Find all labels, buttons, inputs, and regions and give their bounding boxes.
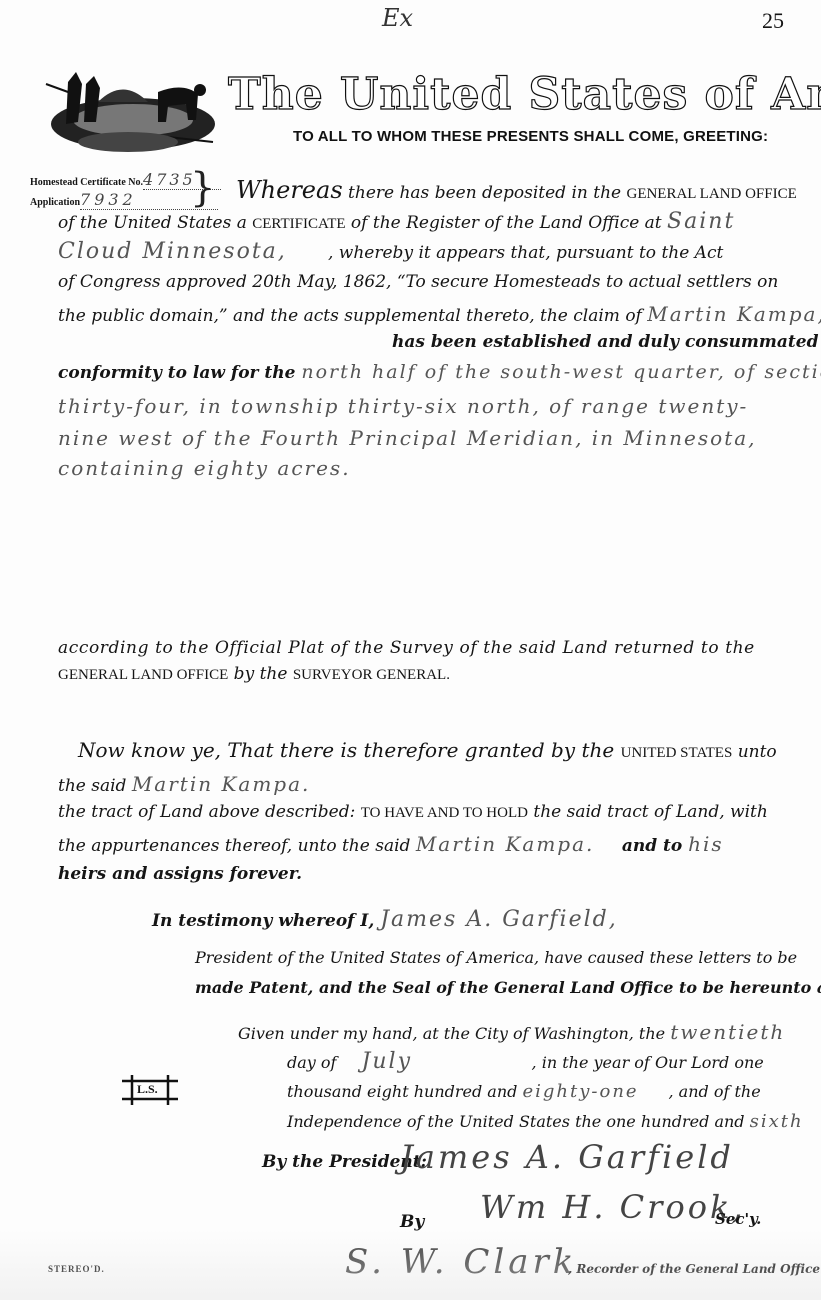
seal-placeholder: L.S. [122, 1075, 178, 1105]
body-line-2: of the United States a CERTIFICATE of th… [58, 210, 778, 236]
given-line-4: Independence of the United States the on… [287, 1110, 777, 1134]
given-line-1: Given under my hand, at the City of Wash… [238, 1020, 778, 1046]
secretary-title: Sec'y. [715, 1210, 761, 1228]
testimony-line-1: In testimony whereof I, James A. Garfiel… [152, 908, 772, 933]
body-line-9: nine west of the Fourth Principal Meridi… [58, 426, 778, 450]
survey-line-1: according to the Official Plat of the Su… [58, 636, 778, 660]
body-line-6: has been established and duly consummate… [392, 330, 772, 354]
land-patent-document: Ex 25 The United States of America, TO A… [0, 0, 821, 1300]
testimony-line-3: made Patent, and the Seal of the General… [195, 976, 775, 1000]
certificate-label: Homestead Certificate No. [30, 177, 143, 188]
body-line-5: the public domain,” and the acts supplem… [58, 302, 778, 328]
grant-line-4: the appurtenances thereof, unto the said… [58, 832, 778, 858]
given-line-2: day of July, in the year of Our Lord one [287, 1050, 777, 1075]
application-label: Application [30, 197, 80, 208]
engraved-vignette-icon [38, 62, 218, 154]
survey-line-2: GENERAL LAND OFFICE by the SURVEYOR GENE… [58, 662, 778, 687]
given-line-3: thousand eight hundred and eighty-one, a… [287, 1080, 777, 1104]
by-label: By [400, 1212, 424, 1232]
grant-line-2: the said Martin Kampa. [58, 772, 778, 798]
page-shadow [0, 1230, 821, 1300]
body-line-10: containing eighty acres. [58, 456, 778, 480]
grant-line-5: heirs and assigns forever. [58, 862, 778, 886]
body-line-8: thirty-four, in township thirty-six nort… [58, 394, 778, 418]
testimony-line-2: President of the United States of Americ… [195, 946, 775, 970]
body-line-4: of Congress approved 20th May, 1862, “To… [58, 270, 778, 294]
margin-mark: Ex [382, 4, 413, 32]
president-signature: James A. Garfield [400, 1138, 734, 1176]
seal-label: L.S. [137, 1082, 158, 1097]
grant-line-1: Now know ye, That there is therefore gra… [78, 738, 778, 765]
grant-line-3: the tract of Land above described: TO HA… [58, 800, 778, 825]
page-number: 25 [762, 8, 784, 34]
body-line-7: conformity to law for the north half of … [58, 360, 778, 385]
document-title: The United States of America, [228, 70, 821, 120]
record-brace-icon: } [190, 168, 215, 208]
greeting-line: TO ALL TO WHOM THESE PRESENTS SHALL COME… [293, 128, 768, 145]
body-line-1: Whereas there has been deposited in the … [236, 178, 776, 206]
secretary-signature: Wm H. Crook, [480, 1188, 746, 1226]
body-line-3: Cloud Minnesota,, whereby it appears tha… [58, 240, 778, 265]
